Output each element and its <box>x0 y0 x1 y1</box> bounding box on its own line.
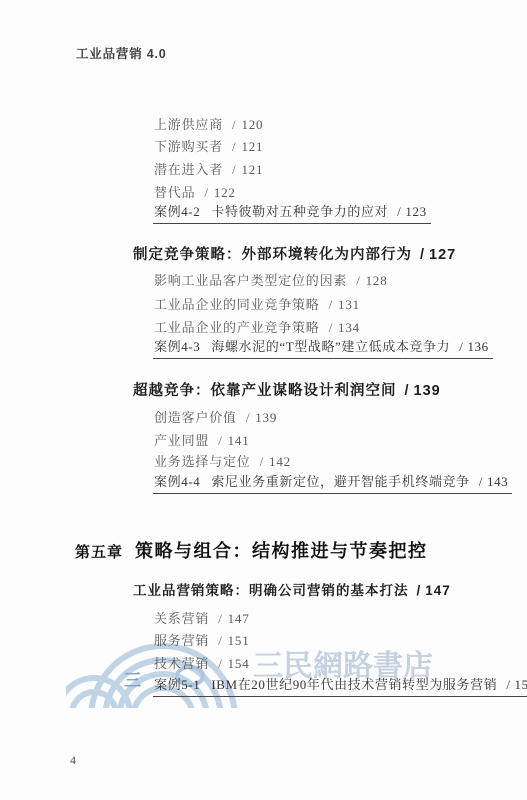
toc-item-page: 141 <box>228 433 250 448</box>
toc-item-title: 替代品 <box>154 185 195 200</box>
page-separator: / <box>417 583 422 598</box>
toc-item-page: 143 <box>487 474 508 489</box>
page-separator: / <box>204 185 208 200</box>
toc-item: 产业同盟/141 <box>154 430 250 449</box>
toc-section-heading: 工业品营销策略：明确公司营销的基本打法/147 <box>133 579 451 599</box>
toc-content: 工业品营销 4.0 上游供应商/120 下游购买者/121 潜在进入者/121 … <box>0 0 527 800</box>
toc-item: 下游购买者/121 <box>154 136 263 155</box>
toc-item-page: 147 <box>228 611 250 626</box>
page-number: 4 <box>70 753 76 768</box>
toc-item: 技术营销/154 <box>154 653 250 672</box>
toc-item-title: 下游购买者 <box>154 139 223 154</box>
toc-item-page: 121 <box>241 162 263 177</box>
toc-item-page: 157 <box>515 677 527 692</box>
page-separator: / <box>232 162 236 177</box>
running-head-book-title: 工业品营销 4.0 <box>76 44 167 62</box>
case-label: 案例5-1 <box>154 677 200 692</box>
case-label: 案例4-4 <box>154 474 200 489</box>
toc-item: 潜在进入者/121 <box>154 159 263 178</box>
toc-case-item: 案例4-4索尼业务重新定位，避开智能手机终端竞争/143 <box>153 471 512 494</box>
toc-case-item: 案例4-3海螺水泥的“T型战略”建立低成本竞争力/136 <box>153 336 493 359</box>
toc-item-title: 创造客户价值 <box>154 410 237 425</box>
chapter-title: 策略与组合：结构推进与节奏把控 <box>135 541 428 561</box>
toc-item-page: 151 <box>228 633 250 648</box>
section-page: 147 <box>425 583 451 598</box>
toc-item: 创造客户价值/139 <box>154 407 277 426</box>
chapter-number: 第五章 <box>75 544 123 561</box>
case-title: 索尼业务重新定位，避开智能手机终端竞争 <box>211 474 469 489</box>
page-separator: / <box>218 611 222 626</box>
toc-item: 业务选择与定位/142 <box>154 451 291 470</box>
case-title: IBM在20世纪90年代由技术营销转型为服务营销 <box>211 677 497 692</box>
toc-item-title: 影响工业品客户类型定位的因素 <box>154 273 347 288</box>
toc-item: 工业品企业的产业竞争策略/134 <box>154 317 360 336</box>
page-separator: / <box>329 297 333 312</box>
toc-item-title: 技术营销 <box>154 656 209 671</box>
toc-item: 替代品/122 <box>154 182 236 201</box>
page-separator: / <box>356 273 360 288</box>
toc-item-page: 121 <box>241 139 263 154</box>
page-separator: / <box>405 383 410 399</box>
case-title: 卡特彼勒对五种竞争力的应对 <box>211 204 388 219</box>
section-title: 超越竞争：依靠产业谋略设计利润空间 <box>133 383 397 399</box>
case-label: 案例4-2 <box>154 204 200 219</box>
page-separator: / <box>420 247 425 263</box>
page-separator: / <box>506 677 510 692</box>
toc-item-page: 134 <box>338 320 360 335</box>
toc-item-page: 122 <box>214 185 236 200</box>
page-separator: / <box>479 474 483 489</box>
toc-item-page: 123 <box>405 204 426 219</box>
toc-item-page: 154 <box>228 656 250 671</box>
toc-item: 上游供应商/120 <box>154 114 263 133</box>
toc-item-title: 工业品企业的同业竞争策略 <box>154 297 320 312</box>
case-title: 海螺水泥的“T型战略”建立低成本竞争力 <box>211 339 450 354</box>
toc-item-page: 131 <box>338 297 360 312</box>
page-separator: / <box>397 204 401 219</box>
toc-case-item: 案例5-1IBM在20世纪90年代由技术营销转型为服务营销/157 <box>153 674 527 697</box>
toc-item: 工业品企业的同业竞争策略/131 <box>154 294 360 313</box>
page-separator: / <box>260 454 264 469</box>
page-separator: / <box>232 117 236 132</box>
page-separator: / <box>459 339 463 354</box>
section-page: 127 <box>429 247 456 263</box>
case-label: 案例4-3 <box>154 339 200 354</box>
page-separator: / <box>329 320 333 335</box>
toc-item-title: 潜在进入者 <box>154 162 223 177</box>
section-title: 制定竞争策略：外部环境转化为内部行为 <box>133 247 412 263</box>
toc-item: 关系营销/147 <box>154 608 250 627</box>
toc-item-title: 服务营销 <box>154 633 209 648</box>
toc-item-title: 关系营销 <box>154 611 209 626</box>
toc-item-title: 产业同盟 <box>154 433 209 448</box>
chapter-heading: 第五章策略与组合：结构推进与节奏把控 <box>75 537 428 563</box>
toc-item: 影响工业品客户类型定位的因素/128 <box>154 270 388 289</box>
page-separator: / <box>218 633 222 648</box>
toc-item-page: 139 <box>255 410 277 425</box>
toc-section-heading: 制定竞争策略：外部环境转化为内部行为/127 <box>133 243 456 264</box>
toc-item-title: 上游供应商 <box>154 117 223 132</box>
toc-item-title: 业务选择与定位 <box>154 454 251 469</box>
page-separator: / <box>232 139 236 154</box>
book-toc-page: 三 三民網路書店 工业品营销 4.0 上游供应商/120 下游购买者/121 潜… <box>0 0 527 800</box>
toc-item-title: 工业品企业的产业竞争策略 <box>154 320 320 335</box>
toc-item: 服务营销/151 <box>154 630 250 649</box>
section-page: 139 <box>414 383 441 399</box>
toc-item-page: 120 <box>241 117 263 132</box>
toc-section-heading: 超越竞争：依靠产业谋略设计利润空间/139 <box>133 379 441 400</box>
page-separator: / <box>246 410 250 425</box>
toc-item-page: 142 <box>269 454 291 469</box>
page-separator: / <box>218 433 222 448</box>
toc-case-item: 案例4-2卡特彼勒对五种竞争力的应对/123 <box>153 201 431 224</box>
section-title: 工业品营销策略：明确公司营销的基本打法 <box>133 583 409 598</box>
page-separator: / <box>218 656 222 671</box>
toc-item-page: 136 <box>467 339 488 354</box>
toc-item-page: 128 <box>366 273 388 288</box>
